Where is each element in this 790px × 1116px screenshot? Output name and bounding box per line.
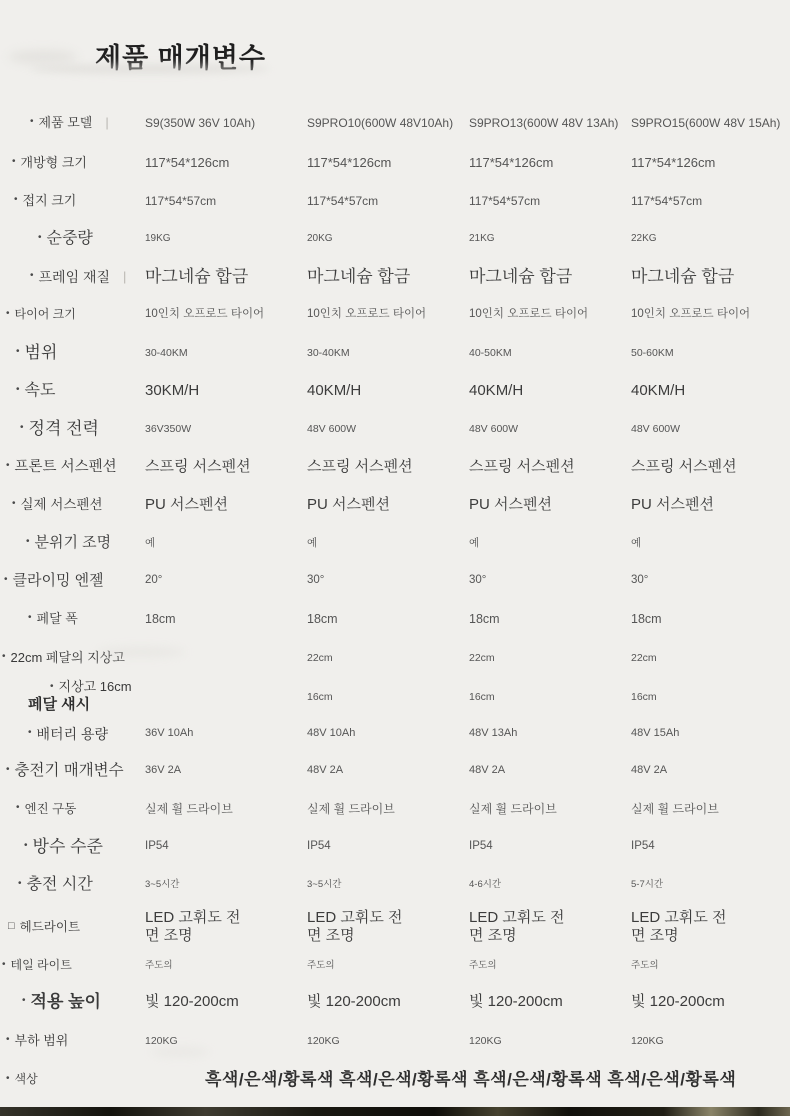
row-label: 분위기 조명	[35, 534, 112, 551]
row-label: 지상고 16cm	[59, 680, 132, 695]
spec-value: LED 고휘도 전 면 조명	[462, 909, 624, 945]
row-label: 페달 폭	[37, 612, 78, 627]
spec-value: 주도의	[138, 960, 300, 971]
scan-artifact	[30, 64, 270, 74]
dot-bullet-icon: •	[16, 346, 20, 358]
spec-value: 흑색/은색/황록색 흑색/은색/황록색 흑색/은색/황록색 흑색/은색/황록색	[138, 1070, 790, 1090]
spec-value: 48V 600W	[462, 423, 624, 436]
dot-bullet-icon: •	[12, 498, 16, 510]
row-label: 엔진 구동	[25, 802, 77, 816]
spec-value: 48V 2A	[624, 764, 786, 777]
spec-row: •22cm 페달의 지상고22cm22cm22cm	[0, 638, 790, 678]
spec-value: 빛 120-200cm	[624, 993, 786, 1011]
spec-value: 117*54*57cm	[624, 194, 786, 208]
spec-value: 주도의	[300, 960, 462, 971]
spec-value: 실제 휠 드라이브	[462, 802, 624, 816]
dot-bullet-icon: •	[38, 232, 42, 244]
dot-bullet-icon: •	[26, 536, 30, 548]
spec-value: 마그네슘 합금	[462, 267, 624, 287]
dot-bullet-icon: •	[16, 802, 20, 814]
row-label: 배터리 용량	[37, 726, 109, 742]
spec-value: 117*54*126cm	[462, 155, 624, 171]
row-label-cell: •배터리 용량	[0, 726, 138, 742]
spec-value: 실제 휠 드라이브	[300, 802, 462, 816]
dot-bullet-icon: •	[30, 270, 34, 282]
dot-bullet-icon: •	[28, 612, 32, 624]
spec-value: 실제 휠 드라이브	[138, 802, 300, 816]
spec-value: 5-7시간	[624, 879, 786, 890]
page-header: 제품 매개변수	[0, 0, 790, 102]
spec-value: 40-50KM	[462, 347, 624, 360]
spec-row: •순중량19KG20KG21KG22KG	[0, 220, 790, 258]
row-label-cell: •엔진 구동	[0, 802, 138, 816]
row-label: 프레임 재질	[39, 269, 111, 285]
dot-bullet-icon: •	[16, 384, 20, 396]
spec-value: IP54	[138, 840, 300, 854]
row-label-cell: •방수 수준	[0, 837, 138, 857]
row-label-cell: •프레임 재질|	[0, 269, 138, 285]
row-label-cell: •범위	[0, 343, 138, 363]
row-label-cell: •적용 높이	[0, 992, 138, 1012]
spec-value: LED 고휘도 전 면 조명	[624, 909, 786, 945]
spec-row: •테일 라이트주도의주도의주도의주도의	[0, 950, 790, 982]
spec-value: 예	[462, 537, 624, 550]
spec-row: •충전 시간3~5시간3~5시간4-6시간5-7시간	[0, 866, 790, 904]
row-label: 적용 높이	[31, 992, 101, 1012]
spec-value: 22cm	[462, 652, 624, 665]
scan-artifact	[150, 1048, 210, 1056]
row-label-cell: •프론트 서스펜션	[0, 459, 138, 476]
spec-row: •적용 높이빛 120-200cm빛 120-200cm빛 120-200cm빛…	[0, 982, 790, 1022]
spec-value: 주도의	[462, 960, 624, 971]
row-label: 프론트 서스펜션	[15, 459, 117, 476]
spec-row: •클라이밍 엔젤20°30°30°30°	[0, 562, 790, 600]
row-label: 개방형 크기	[21, 156, 87, 171]
spec-value: IP54	[300, 840, 462, 854]
row-label: 충전기 매개변수	[15, 762, 124, 780]
spec-value: 30KM/H	[138, 382, 300, 400]
spec-value: 마그네슘 합금	[138, 267, 300, 287]
spec-value: PU 서스펜션	[300, 496, 462, 514]
spec-value: 36V 10Ah	[138, 727, 300, 740]
row-label: 헤드라이트	[20, 920, 80, 934]
spec-value: 20°	[138, 574, 300, 588]
row-label-cell: •실제 서스펜션	[0, 497, 138, 513]
spec-row: •방수 수준IP54IP54IP54IP54	[0, 828, 790, 866]
spec-value: 20KG	[300, 233, 462, 245]
spec-value: 16cm	[300, 691, 462, 704]
row-label: 방수 수준	[33, 837, 103, 857]
dot-bullet-icon: •	[6, 1034, 10, 1046]
row-label-cell: •타이어 크기	[0, 308, 138, 322]
spec-row: •개방형 크기117*54*126cm117*54*126cm117*54*12…	[0, 144, 790, 182]
spec-value: 10인치 오프로드 타이어	[300, 308, 462, 322]
spec-value: 22KG	[624, 233, 786, 245]
spec-value: 117*54*126cm	[624, 155, 786, 171]
spec-value: PU 서스펜션	[462, 496, 624, 514]
spec-value: 3~5시간	[138, 879, 300, 890]
row-label: 정격 전력	[29, 419, 99, 439]
row-label: 충전 시간	[27, 876, 93, 894]
spec-row: •프레임 재질|마그네슘 합금마그네슘 합금마그네슘 합금마그네슘 합금	[0, 258, 790, 296]
spec-value: 스프링 서스펜션	[138, 458, 300, 476]
spec-value: 30-40KM	[138, 347, 300, 360]
spec-value: 36V 2A	[138, 764, 300, 777]
row-label-cell: •충전기 매개변수	[0, 762, 138, 780]
spec-value: S9PRO15(600W 48V 15Ah)	[624, 116, 786, 130]
spec-value: 120KG	[462, 1035, 624, 1048]
spec-value: 48V 10Ah	[300, 727, 462, 740]
scan-artifact-divider: |	[105, 116, 108, 131]
spec-value: 4-6시간	[462, 879, 624, 890]
spec-row: •속도30KM/H40KM/H40KM/H40KM/H	[0, 372, 790, 410]
spec-value: 117*54*57cm	[462, 194, 624, 208]
spec-value: PU 서스펜션	[624, 496, 786, 514]
spec-value: S9PRO13(600W 48V 13Ah)	[462, 116, 624, 130]
spec-value: 117*54*126cm	[138, 155, 300, 171]
spec-row: •분위기 조명예예예예	[0, 524, 790, 562]
spec-row: •정격 전력36V350W48V 600W48V 600W48V 600W	[0, 410, 790, 448]
spec-value: 10인치 오프로드 타이어	[624, 308, 786, 322]
spec-value: 예	[138, 537, 300, 550]
row-label-cell: •개방형 크기	[0, 156, 138, 171]
spec-value: S9(350W 36V 10Ah)	[138, 116, 300, 130]
spec-row: •배터리 용량36V 10Ah48V 10Ah48V 13Ah48V 15Ah	[0, 716, 790, 752]
row-label-cell: □헤드라이트	[0, 920, 138, 934]
row-label: 속도	[25, 382, 56, 400]
row-label: 순중량	[47, 230, 93, 248]
dot-bullet-icon: •	[50, 681, 54, 693]
row-label: 타이어 크기	[15, 308, 76, 322]
spec-row: •엔진 구동실제 휠 드라이브실제 휠 드라이브실제 휠 드라이브실제 휠 드라…	[0, 790, 790, 828]
spec-value: 빛 120-200cm	[300, 993, 462, 1011]
row-label-cell: •페달 폭	[0, 612, 138, 627]
spec-value: 48V 600W	[300, 423, 462, 436]
spec-value: 22cm	[624, 652, 786, 665]
dot-bullet-icon: •	[6, 460, 10, 472]
spec-row: •제품 모델|S9(350W 36V 10Ah)S9PRO10(600W 48V…	[0, 102, 790, 144]
spec-row: •충전기 매개변수36V 2A48V 2A48V 2A48V 2A	[0, 752, 790, 790]
spec-value: 120KG	[300, 1035, 462, 1048]
row-label: 클라이밍 엔젤	[13, 572, 104, 589]
spec-value: 30°	[462, 574, 624, 588]
spec-value: 22cm	[300, 652, 462, 665]
spec-row: •실제 서스펜션PU 서스펜션PU 서스펜션PU 서스펜션PU 서스펜션	[0, 486, 790, 524]
spec-value: 40KM/H	[624, 382, 786, 400]
row-label: 색상	[15, 1073, 38, 1087]
spec-row: •프론트 서스펜션스프링 서스펜션스프링 서스펜션스프링 서스펜션스프링 서스펜…	[0, 448, 790, 486]
dot-bullet-icon: •	[28, 727, 32, 739]
row-label: 접지 크기	[23, 194, 77, 209]
row-label-cell: •속도	[0, 382, 138, 400]
spec-row: •타이어 크기10인치 오프로드 타이어10인치 오프로드 타이어10인치 오프…	[0, 296, 790, 334]
spec-value: 117*54*57cm	[300, 194, 462, 208]
row-label: 부하 범위	[15, 1034, 69, 1049]
spec-row: •부하 범위120KG120KG120KG120KG	[0, 1022, 790, 1060]
spec-row: •색상흑색/은색/황록색 흑색/은색/황록색 흑색/은색/황록색 흑색/은색/황…	[0, 1060, 790, 1100]
row-label-cell: •접지 크기	[0, 194, 138, 209]
spec-value: 주도의	[624, 960, 786, 971]
spec-row: •페달 폭18cm18cm18cm18cm	[0, 600, 790, 638]
spec-value: 18cm	[300, 612, 462, 627]
spec-value: 10인치 오프로드 타이어	[138, 308, 300, 322]
spec-value: 48V 600W	[624, 423, 786, 436]
spec-value: 30-40KM	[300, 347, 462, 360]
spec-value: 스프링 서스펜션	[624, 458, 786, 476]
dot-bullet-icon: •	[22, 995, 26, 1007]
spec-value: 스프링 서스펜션	[462, 458, 624, 476]
dot-bullet-icon: •	[4, 574, 8, 586]
row-label-cell: •부하 범위	[0, 1034, 138, 1049]
spec-value: 48V 2A	[300, 764, 462, 777]
dot-bullet-icon: •	[6, 1073, 10, 1085]
dot-bullet-icon: •	[30, 116, 34, 128]
spec-row: •접지 크기117*54*57cm117*54*57cm117*54*57cm1…	[0, 182, 790, 220]
dot-bullet-icon: •	[2, 651, 6, 663]
spec-value: 18cm	[138, 612, 300, 627]
row-label-cell: •색상	[0, 1073, 138, 1087]
spec-value: 120KG	[624, 1035, 786, 1048]
spec-row: □헤드라이트LED 고휘도 전 면 조명LED 고휘도 전 면 조명LED 고휘…	[0, 904, 790, 950]
square-bullet-icon: □	[8, 920, 15, 933]
dot-bullet-icon: •	[14, 194, 18, 206]
scan-artifact	[8, 50, 78, 64]
scan-artifact	[96, 648, 186, 656]
spec-value: 117*54*126cm	[300, 155, 462, 171]
spec-value: 3~5시간	[300, 879, 462, 890]
spec-value: 16cm	[624, 691, 786, 704]
spec-value: 48V 2A	[462, 764, 624, 777]
spec-value: 48V 13Ah	[462, 727, 624, 740]
spec-value: LED 고휘도 전 면 조명	[300, 909, 462, 945]
spec-value: 48V 15Ah	[624, 727, 786, 740]
row-label: 실제 서스펜션	[21, 497, 103, 513]
row-label: 테일 라이트	[11, 959, 72, 973]
row-label-cell: •순중량	[0, 230, 138, 248]
spec-value: 10인치 오프로드 타이어	[462, 308, 624, 322]
spec-value: 16cm	[462, 691, 624, 704]
spec-value: 18cm	[462, 612, 624, 627]
row-label: 제품 모델	[39, 116, 93, 131]
row-label-cell: •테일 라이트	[0, 959, 138, 973]
spec-value: 예	[624, 537, 786, 550]
dot-bullet-icon: •	[12, 156, 16, 168]
spec-value: IP54	[462, 840, 624, 854]
spec-table: •제품 모델|S9(350W 36V 10Ah)S9PRO10(600W 48V…	[0, 102, 790, 1100]
dot-bullet-icon: •	[2, 959, 6, 971]
scan-artifact-divider: |	[123, 270, 126, 285]
spec-value: 36V350W	[138, 423, 300, 436]
spec-value: 예	[300, 537, 462, 550]
spec-value: 30°	[624, 574, 786, 588]
dot-bullet-icon: •	[24, 840, 28, 852]
dot-bullet-icon: •	[6, 308, 10, 320]
row-sublabel: 페달 섀시	[28, 696, 138, 713]
row-label-cell: •충전 시간	[0, 876, 138, 894]
spec-value: 19KG	[138, 233, 300, 245]
spec-value: 117*54*57cm	[138, 194, 300, 208]
spec-value: 실제 휠 드라이브	[624, 802, 786, 816]
spec-value: 30°	[300, 574, 462, 588]
bottom-color-band	[0, 1107, 790, 1116]
dot-bullet-icon: •	[6, 764, 10, 776]
spec-row: •범위30-40KM30-40KM40-50KM50-60KM	[0, 334, 790, 372]
spec-row: •지상고 16cm페달 섀시16cm16cm16cm	[0, 678, 790, 716]
spec-value: 빛 120-200cm	[138, 993, 300, 1011]
row-label-cell: •클라이밍 엔젤	[0, 572, 138, 589]
spec-value: 40KM/H	[300, 382, 462, 400]
spec-sheet-page: 제품 매개변수 •제품 모델|S9(350W 36V 10Ah)S9PRO10(…	[0, 0, 790, 1116]
row-label-cell: •지상고 16cm페달 섀시	[0, 680, 138, 713]
spec-value: IP54	[624, 840, 786, 854]
row-label-cell: •정격 전력	[0, 419, 138, 439]
spec-value: 18cm	[624, 612, 786, 627]
spec-value: 빛 120-200cm	[462, 993, 624, 1011]
spec-value: 40KM/H	[462, 382, 624, 400]
spec-value: S9PRO10(600W 48V10Ah)	[300, 116, 462, 130]
dot-bullet-icon: •	[18, 878, 22, 890]
spec-value: 50-60KM	[624, 347, 786, 360]
spec-value: 21KG	[462, 233, 624, 245]
row-label-cell: •분위기 조명	[0, 534, 138, 551]
row-label-cell: •제품 모델|	[0, 116, 138, 131]
row-label: 범위	[25, 343, 58, 363]
spec-value: PU 서스펜션	[138, 496, 300, 514]
spec-value: 마그네슘 합금	[624, 267, 786, 287]
dot-bullet-icon: •	[20, 422, 24, 434]
spec-value: 스프링 서스펜션	[300, 458, 462, 476]
spec-value: 120KG	[138, 1035, 300, 1048]
spec-value: LED 고휘도 전 면 조명	[138, 909, 300, 945]
spec-value: 마그네슘 합금	[300, 267, 462, 287]
